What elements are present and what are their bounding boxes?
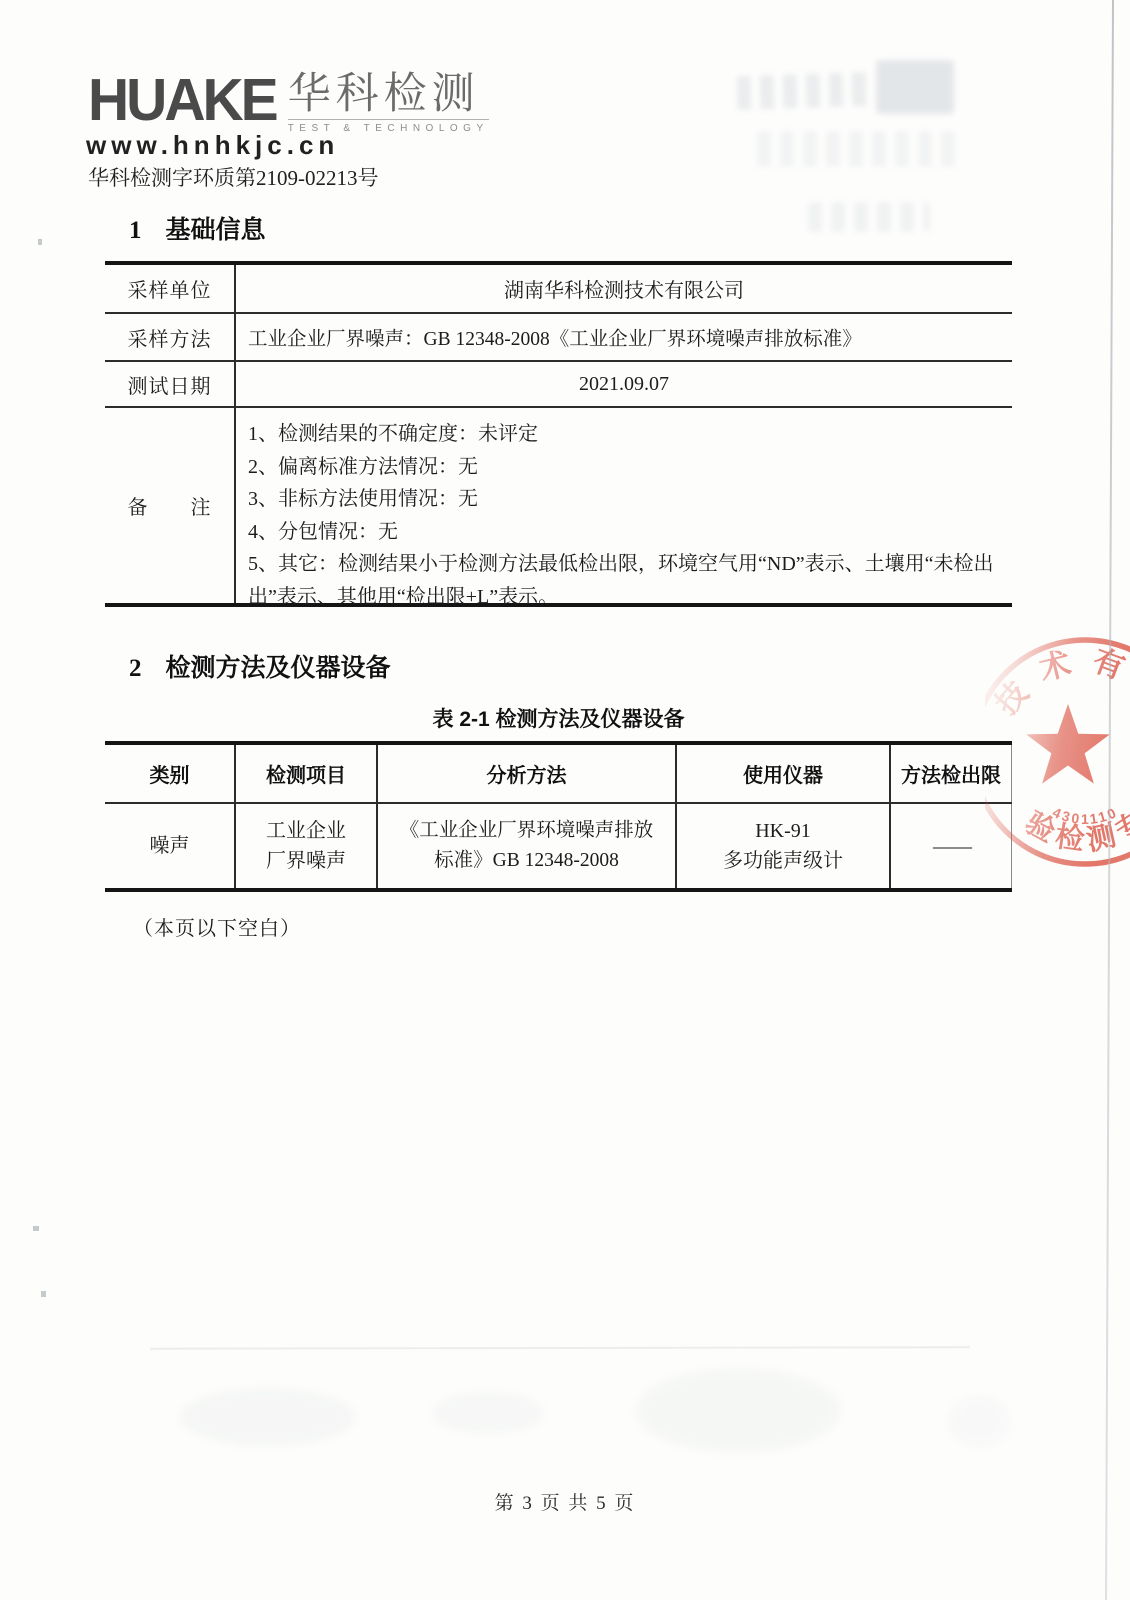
scan-smudge xyxy=(948,1395,1010,1447)
row-value: 2021.09.07 xyxy=(236,362,1012,406)
table-row: 采样方法 工业企业厂界噪声：GB 12348-2008《工业企业厂界环境噪声排放… xyxy=(105,314,1012,362)
row-label: 采样单位 xyxy=(105,265,236,312)
category-cell: 噪声 xyxy=(105,804,236,888)
company-logo: HUAKE 华科检测 TEST & TECHNOLOGY xyxy=(88,72,489,134)
seal-star-icon xyxy=(1026,704,1110,784)
methods-instruments-table: 类别 检测项目 分析方法 使用仪器 方法检出限 噪声 工业企业 厂界噪声 《工业… xyxy=(105,741,1012,892)
cell-text: 《工业企业厂界环境噪声排放 xyxy=(400,816,654,846)
logo-cn-block: 华科检测 TEST & TECHNOLOGY xyxy=(288,72,489,134)
item-cell: 工业企业 厂界噪声 xyxy=(236,804,378,888)
section1-heading: 1基础信息 xyxy=(129,210,266,246)
column-header: 分析方法 xyxy=(378,745,677,802)
remarks-cell: 1、检测结果的不确定度：未评定 2、偏离标准方法情况：无 3、非标方法使用情况：… xyxy=(236,408,1012,603)
bleedthrough-mark xyxy=(757,131,955,167)
logo-wordmark: HUAKE xyxy=(88,71,276,129)
table-row: 采样单位 湖南华科检测技术有限公司 xyxy=(105,265,1012,314)
scan-smudge xyxy=(180,1388,355,1446)
report-number: 华科检测字环质第2109-02213号 xyxy=(88,162,379,192)
scan-speck xyxy=(38,239,42,245)
section2-title: 检测方法及仪器设备 xyxy=(166,654,391,682)
row-label: 采样方法 xyxy=(105,314,236,360)
bleedthrough-mark xyxy=(876,60,954,114)
table-data-row: 噪声 工业企业 厂界噪声 《工业企业厂界环境噪声排放 标准》GB 12348-2… xyxy=(105,804,1012,888)
cell-text: 厂界噪声 xyxy=(266,846,346,876)
section2-heading: 2检测方法及仪器设备 xyxy=(129,648,391,684)
column-header: 使用仪器 xyxy=(677,745,891,802)
remark-line: 1、检测结果的不确定度：未评定 xyxy=(248,418,998,451)
scan-faint-line xyxy=(150,1346,970,1349)
cell-text: 多功能声级计 xyxy=(723,846,843,876)
section1-title: 基础信息 xyxy=(166,216,266,244)
table-row-remarks: 备 注 1、检测结果的不确定度：未评定 2、偏离标准方法情况：无 3、非标方法使… xyxy=(105,408,1012,603)
row-value: 湖南华科检测技术有限公司 xyxy=(236,265,1012,312)
table2-caption: 表 2-1 检测方法及仪器设备 xyxy=(105,703,1012,733)
bleedthrough-mark xyxy=(736,72,869,111)
remark-line: 5、其它：检测结果小于检测方法最低检出限，环境空气用“ND”表示、土壤用“未检出… xyxy=(248,548,998,613)
column-header: 类别 xyxy=(105,745,236,802)
section1-number: 1 xyxy=(129,217,142,245)
remark-line: 3、非标方法使用情况：无 xyxy=(248,483,998,516)
row-value: 工业企业厂界噪声：GB 12348-2008《工业企业厂界环境噪声排放标准》 xyxy=(236,314,1012,360)
table-header-row: 类别 检测项目 分析方法 使用仪器 方法检出限 xyxy=(105,745,1012,804)
scanned-report-page: HUAKE 华科检测 TEST & TECHNOLOGY www.hnhkjc.… xyxy=(0,0,1130,1600)
cell-text: 工业企业 xyxy=(266,816,346,846)
cell-text: HK-91 xyxy=(755,816,811,846)
page-number: 第 3 页 共 5 页 xyxy=(0,1488,1130,1515)
logo-chinese-name: 华科检测 xyxy=(288,72,489,118)
cell-text: 标准》GB 12348-2008 xyxy=(434,846,619,876)
cell-text: —— xyxy=(933,831,969,861)
method-cell: 《工业企业厂界环境噪声排放 标准》GB 12348-2008 xyxy=(378,804,677,888)
company-website: www.hnhkjc.cn xyxy=(86,130,339,161)
instrument-cell: HK-91 多功能声级计 xyxy=(677,804,891,888)
scan-smudge xyxy=(636,1368,841,1453)
table-row: 测试日期 2021.09.07 xyxy=(105,362,1012,408)
row-label: 备 注 xyxy=(105,408,236,603)
scan-smudge xyxy=(432,1392,544,1434)
scan-speck xyxy=(33,1226,39,1231)
row-label: 测试日期 xyxy=(105,362,236,406)
column-header: 检测项目 xyxy=(236,745,378,802)
remark-line: 2、偏离标准方法情况：无 xyxy=(248,451,998,484)
basic-info-table: 采样单位 湖南华科检测技术有限公司 采样方法 工业企业厂界噪声：GB 12348… xyxy=(105,261,1012,607)
remark-line: 4、分包情况：无 xyxy=(248,516,998,549)
blank-page-note: （本页以下空白） xyxy=(133,912,301,941)
scan-speck xyxy=(41,1291,46,1297)
bleedthrough-mark xyxy=(808,202,930,232)
section2-number: 2 xyxy=(129,655,142,683)
cell-text: 噪声 xyxy=(150,831,190,861)
